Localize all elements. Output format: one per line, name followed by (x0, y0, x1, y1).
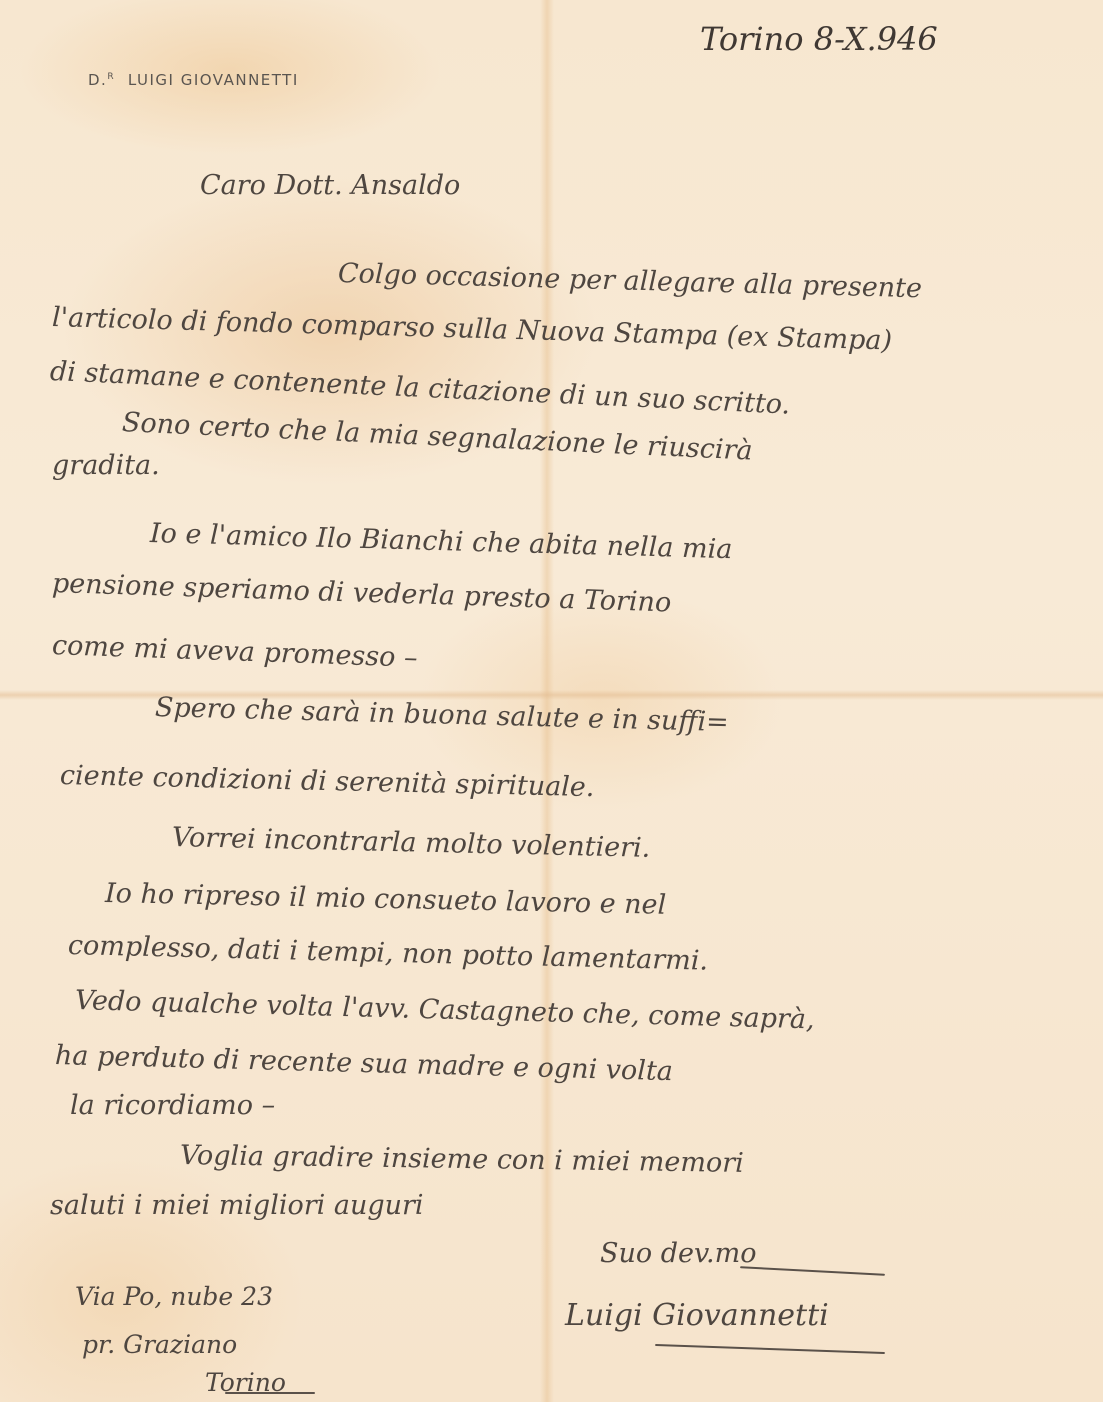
body-line: Voglia gradire insieme con i miei memori (180, 1140, 744, 1179)
body-line: saluti i miei migliori auguri (50, 1190, 424, 1221)
body-line: come mi aveva promesso – (51, 630, 418, 674)
letterhead-prefix: D. (88, 71, 107, 89)
closing-underline (740, 1266, 885, 1276)
body-line: Io e l'amico Ilo Bianchi che abita nella… (150, 518, 733, 565)
city-underline (225, 1392, 315, 1394)
body-line: Colgo occasione per allegare alla presen… (338, 258, 923, 304)
signature: Luigi Giovannetti (565, 1298, 829, 1333)
body-line: l'articolo di fondo comparso sulla Nuova… (52, 302, 893, 356)
sender-address-care-of: pr. Graziano (82, 1330, 237, 1359)
body-line: la ricordiamo – (70, 1090, 275, 1121)
signature-underline (655, 1344, 885, 1354)
letterhead-prefix-sup: R (107, 72, 113, 82)
body-line: gradita. (52, 450, 160, 481)
letterhead: D.R LUIGI GIOVANNETTI (88, 71, 299, 89)
body-line: ciente condizioni di serenità spirituale… (60, 760, 595, 803)
body-line: ha perduto di recente sua madre e ogni v… (55, 1040, 674, 1087)
body-line: pensione speriamo di vederla presto a To… (52, 568, 672, 618)
vertical-fold-crease (540, 0, 554, 1402)
letterhead-name: LUIGI GIOVANNETTI (128, 71, 299, 89)
place-date: Torino 8-X.946 (700, 20, 938, 58)
body-line: Sono certo che la mia segnalazione le ri… (121, 407, 753, 467)
body-line: complesso, dati i tempi, non potto lamen… (68, 930, 709, 977)
closing: Suo dev.mo (600, 1238, 756, 1269)
body-line: Vedo qualche volta l'avv. Castagneto che… (75, 985, 815, 1035)
letter-page: D.R LUIGI GIOVANNETTI Torino 8-X.946 Car… (0, 0, 1103, 1402)
salutation: Caro Dott. Ansaldo (200, 170, 460, 201)
sender-address-street: Via Po, nube 23 (75, 1282, 273, 1311)
body-line: Io ho ripreso il mio consueto lavoro e n… (105, 878, 667, 921)
body-line: Vorrei incontrarla molto volentieri. (172, 822, 651, 864)
